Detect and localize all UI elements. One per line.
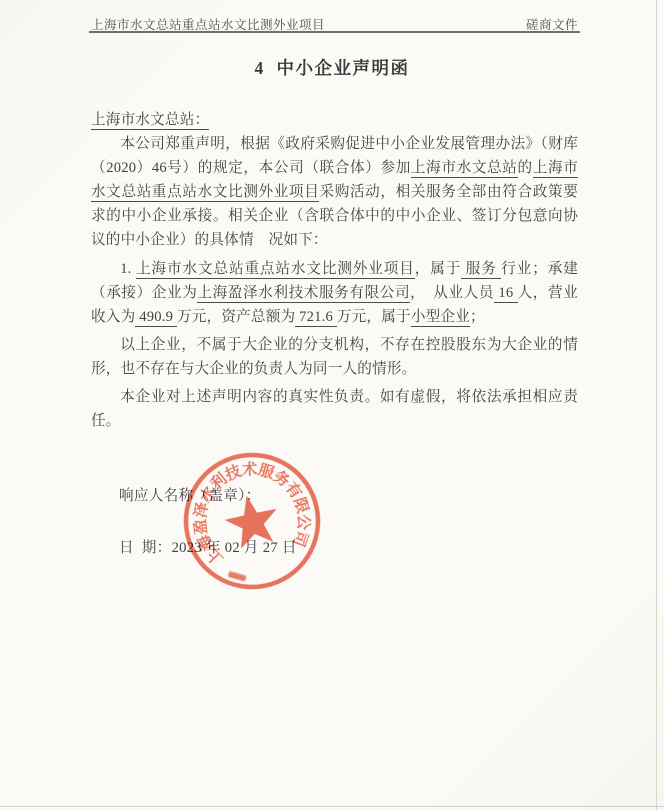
seal-company-char: 司 [289, 528, 312, 549]
seal-company-char: 术 [240, 460, 258, 479]
paragraph-text: ， 从业人员 [410, 285, 494, 301]
filled-blank: 490.9 [135, 309, 177, 327]
paragraph-text: 以上企业，不属于大企业的分支机构，不存在控股股东为大企业的情形，也不存在与大企业… [91, 337, 578, 377]
filled-blank: 服务 [461, 261, 501, 279]
document-title: 4 中小企业声明函 [0, 55, 664, 80]
seal-company-char: 公 [294, 514, 312, 530]
filled-blank: 721.6 [295, 309, 337, 327]
stamp-serial-mark [228, 571, 247, 582]
paragraph: 以上企业，不属于大企业的分支机构，不存在控股股东为大企业的情形，也不存在与大企业… [91, 333, 578, 381]
filled-blank: 小型企业 [411, 309, 470, 327]
declaration-body: 上海市水文总站：本公司郑重声明，根据《政府采购促进中小企业发展管理办法》（财库（… [91, 108, 578, 433]
paragraph: 上海市水文总站： [91, 108, 578, 132]
filled-blank: 上海市水文总站 [411, 160, 518, 178]
filled-blank: 上海盈泽水利技术服务有限公司 [197, 285, 410, 303]
scan-edge-right [656, 0, 657, 810]
filled-blank: 上海市水文总站： [91, 112, 209, 130]
header-divider [89, 31, 580, 33]
paragraph-text: 的 [518, 160, 533, 176]
paragraph: 本公司郑重声明，根据《政府采购促进中小企业发展管理办法》（财库（2020）46号… [91, 132, 578, 252]
filled-blank: 16 [494, 285, 518, 303]
paragraph-text: ； [470, 309, 485, 325]
paragraph-text: ，属于 [415, 261, 461, 277]
company-seal: 上海盈泽水利技术服务有限公司 [163, 432, 341, 610]
paragraph-text: 万元，属于 [337, 309, 411, 325]
document-page: 上海市水文总站重点站水文比测外业项目 磋商文件 4 中小企业声明函 上海市水文总… [0, 0, 664, 810]
seal-star-icon [221, 490, 284, 551]
paragraph-text: 本企业对上述声明内容的真实性负责。如有虚假，将依法承担相应责任。 [91, 389, 578, 429]
scan-edge-bottom [0, 806, 664, 807]
paragraph-text: 万元，资产总额为 [177, 309, 295, 325]
paragraph: 1. 上海市水文总站重点站水文比测外业项目，属于 服务 行业；承建（承接）企业为… [91, 257, 578, 329]
paragraph: 本企业对上述声明内容的真实性负责。如有虚假，将依法承担相应责任。 [91, 385, 578, 433]
filled-blank: 上海市水文总站重点站水文比测外业项目 [136, 261, 415, 279]
paragraph-text: 1. [120, 261, 136, 277]
